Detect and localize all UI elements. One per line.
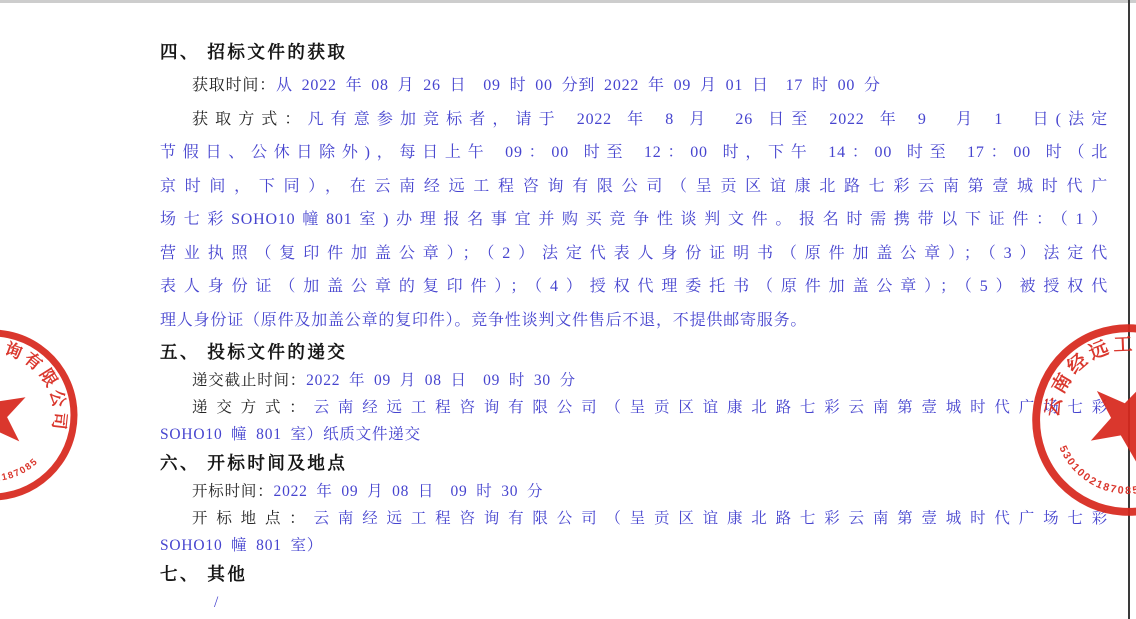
field-label: 递交方式： (192, 399, 314, 416)
field-value: 营业执照（复印件加盖公章）；（2）法定代表人身份证明书（原件加盖公章）；（3）法… (160, 245, 1108, 262)
field-label: 获取方式： (192, 111, 308, 128)
doc-line: 开标时间：2022 年 09 月 08 日 09 时 30 分 (160, 478, 1108, 505)
doc-line: 开标地点：云南经远工程咨询有限公司（呈贡区谊康北路七彩云南第壹城时代广场七彩 (160, 505, 1108, 532)
doc-section: 六、 开标时间及地点开标时间：2022 年 09 月 08 日 09 时 30 … (160, 448, 1108, 559)
field-label: 开标时间： (192, 483, 274, 500)
field-label: 开标地点： (192, 510, 314, 527)
field-value: 表人身份证（加盖公章的复印件）；（4）授权代理委托书（原件加盖公章）；（5）被授… (160, 278, 1108, 295)
field-value: 理人身份证（原件及加盖公章的复印件）。竞争性谈判文件售后不退，不提供邮寄服务。 (160, 312, 807, 329)
field-value: 从 2022 年 08 月 26 日 09 时 00 分到 2022 年 09 … (276, 77, 881, 94)
field-label: 获取时间： (192, 77, 276, 94)
field-value: 凡有意参加竞标者，请于 2022 年 8 月 26 日至 2022 年 9 月 … (308, 111, 1108, 128)
doc-line: 理人身份证（原件及加盖公章的复印件）。竞争性谈判文件售后不退，不提供邮寄服务。 (160, 304, 1108, 338)
doc-line: 获取方式：凡有意参加竞标者，请于 2022 年 8 月 26 日至 2022 年… (160, 103, 1108, 137)
seal-star-icon (0, 371, 33, 451)
field-label: 递交截止时间： (192, 372, 306, 389)
section-heading: 五、 投标文件的递交 (160, 337, 1108, 367)
doc-line: 获取时间：从 2022 年 08 月 26 日 09 时 00 分到 2022 … (160, 69, 1108, 103)
tender-document: 四、 招标文件的获取获取时间：从 2022 年 08 月 26 日 09 时 0… (160, 36, 1108, 616)
field-value: 京时间，下同），在云南经远工程咨询有限公司（呈贡区谊康北路七彩云南第壹城时代广 (160, 178, 1108, 195)
doc-line: SOHO10 幢 801 室）纸质文件递交 (160, 421, 1108, 448)
section-heading: 六、 开标时间及地点 (160, 448, 1108, 478)
doc-section: 七、 其他/ (160, 559, 1108, 616)
doc-line: 营业执照（复印件加盖公章）；（2）法定代表人身份证明书（原件加盖公章）；（3）法… (160, 237, 1108, 271)
field-value: SOHO10 幢 801 室）纸质文件递交 (160, 426, 421, 443)
official-seal-icon: 云南经远工程咨询有限公司 5301002187085 (0, 315, 92, 515)
page-right-edge (1128, 0, 1130, 619)
doc-line: 递交截止时间：2022 年 09 月 08 日 09 时 30 分 (160, 367, 1108, 394)
field-value: 2022 年 09 月 08 日 09 时 30 分 (306, 372, 576, 389)
doc-line: SOHO10 幢 801 室） (160, 532, 1108, 559)
document-page: { "page": { "background": "#ffffff", "to… (0, 0, 1136, 619)
seal-company-text: 云南经远工程咨询有限公司 (0, 324, 74, 460)
field-value: 节假日、公休日除外)，每日上午 09：00 时至 12：00 时，下午 14：0… (160, 144, 1108, 161)
doc-section: 五、 投标文件的递交递交截止时间：2022 年 09 月 08 日 09 时 3… (160, 337, 1108, 448)
field-value: 云南经远工程咨询有限公司（呈贡区谊康北路七彩云南第壹城时代广场七彩 (314, 399, 1108, 416)
section-heading: 四、 招标文件的获取 (160, 36, 1108, 69)
doc-line: / (160, 589, 1108, 616)
doc-line: 场七彩SOHO10幢801室)办理报名事宜并购买竞争性谈判文件。报名时需携带以下… (160, 203, 1108, 237)
company-seal-left: 云南经远工程咨询有限公司 5301002187085 (0, 315, 92, 515)
doc-line: 递交方式：云南经远工程咨询有限公司（呈贡区谊康北路七彩云南第壹城时代广场七彩 (160, 394, 1108, 421)
field-value: / (214, 594, 219, 611)
seal-number-text: 5301002187085 (0, 450, 43, 492)
doc-section: 四、 招标文件的获取获取时间：从 2022 年 08 月 26 日 09 时 0… (160, 36, 1108, 337)
doc-line: 京时间，下同），在云南经远工程咨询有限公司（呈贡区谊康北路七彩云南第壹城时代广 (160, 170, 1108, 204)
field-value: 2022 年 09 月 08 日 09 时 30 分 (274, 483, 544, 500)
field-value: 云南经远工程咨询有限公司（呈贡区谊康北路七彩云南第壹城时代广场七彩 (314, 510, 1108, 527)
doc-line: 节假日、公休日除外)，每日上午 09：00 时至 12：00 时，下午 14：0… (160, 136, 1108, 170)
section-heading: 七、 其他 (160, 559, 1108, 589)
seal-ring (0, 320, 87, 510)
field-value: SOHO10 幢 801 室） (160, 537, 323, 554)
doc-line: 表人身份证（加盖公章的复印件）；（4）授权代理委托书（原件加盖公章）；（5）被授… (160, 270, 1108, 304)
page-top-edge (0, 0, 1136, 3)
field-value: 场七彩SOHO10幢801室)办理报名事宜并购买竞争性谈判文件。报名时需携带以下… (160, 211, 1108, 228)
